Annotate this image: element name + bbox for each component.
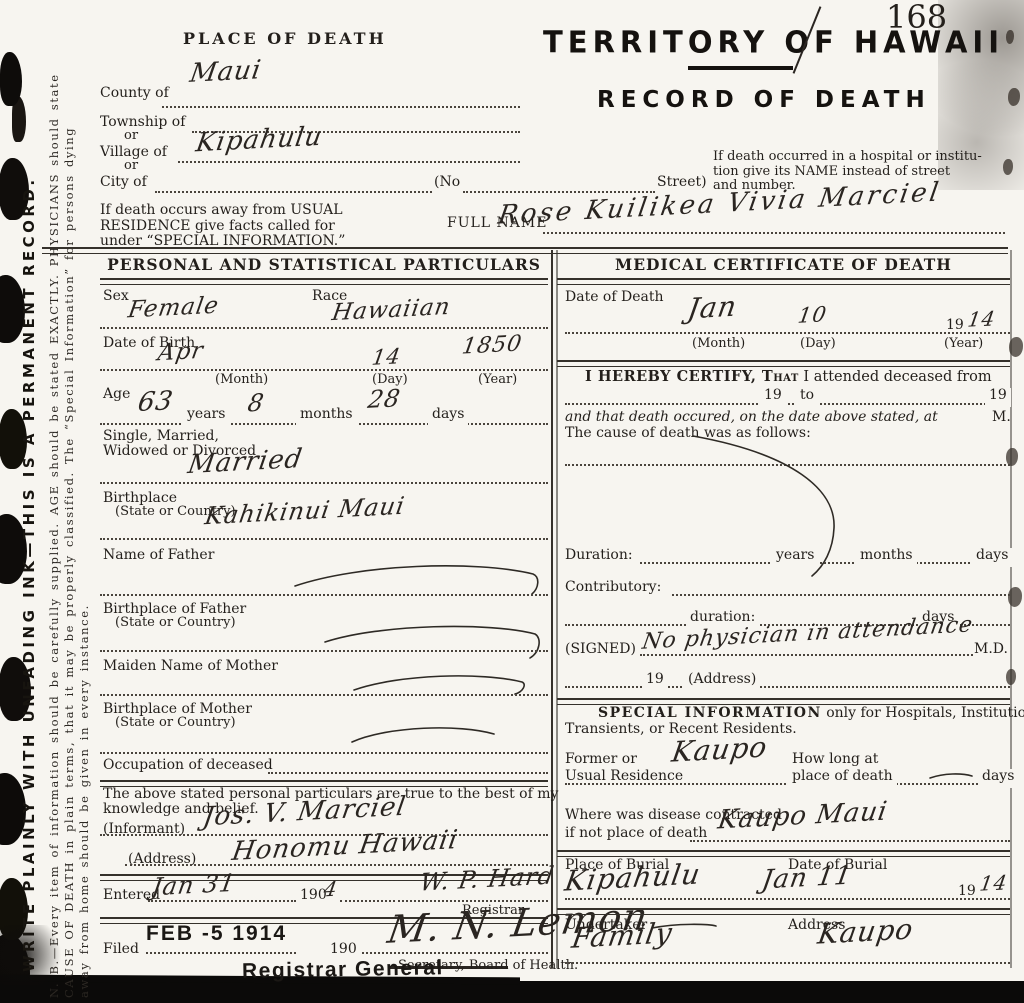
from-year-printed: 19 — [760, 388, 786, 407]
dotted-line — [100, 694, 548, 696]
place-of-death-title: PLACE OF DEATH — [183, 30, 387, 48]
dotted-line — [100, 327, 548, 329]
entered-date-handwriting: Jan 31 — [150, 870, 238, 902]
certify-lead: I HEREBY CERTIFY, That — [585, 368, 799, 385]
flourish-dash — [928, 770, 976, 782]
hospital-note-line: If death occurred in a hospital or insti… — [713, 150, 982, 165]
township-label: Township of — [100, 115, 185, 131]
or-label: or — [124, 159, 138, 174]
dotted-line — [640, 654, 973, 656]
disease-contracted-label-2: if not place of death — [565, 826, 707, 842]
flourish-line — [348, 714, 503, 754]
dotted-line — [565, 962, 1010, 964]
personal-section-title: PERSONAL AND STATISTICAL PARTICULARS — [100, 256, 548, 273]
to-label: to — [796, 388, 818, 407]
date-of-burial-handwriting: Jan 11 — [760, 862, 855, 896]
dotted-line — [100, 538, 548, 540]
how-long-days-unit: days — [978, 769, 1018, 788]
how-long-label-2: place of death — [788, 769, 897, 788]
death-certificate-document: WRITE PLAINLY WITH UNFADING INK—THIS IS … — [0, 0, 1024, 1003]
md-label: M.D. — [974, 642, 1008, 658]
month-sublabel: (Month) — [692, 337, 745, 352]
record-of-death-title: RECORD OF DEATH — [597, 88, 931, 114]
how-long-label-1: How long at — [792, 752, 878, 768]
year-sublabel: (Year) — [478, 373, 517, 388]
territory-title: TERRITORY OF HAWAII — [543, 25, 1004, 59]
column-divider — [551, 250, 553, 968]
city-label: City of — [100, 175, 147, 191]
burial-year-handwriting: 14 — [978, 871, 1009, 895]
dotted-line — [565, 403, 1010, 405]
usual-residence-note: If death occurs away from USUAL RESIDENC… — [100, 203, 345, 250]
special-information-rest: only for Hospitals, Institutions, — [822, 705, 1024, 721]
dotted-line — [155, 191, 432, 193]
signed-label: (SIGNED) — [565, 642, 636, 658]
birth-year-handwriting: 1850 — [460, 332, 524, 360]
death-day-handwriting: 10 — [796, 303, 828, 328]
section-divider — [557, 278, 1010, 285]
medical-section-title: MEDICAL CERTIFICATE OF DEATH — [557, 256, 1010, 273]
column-divider — [556, 250, 558, 968]
flourish-line — [290, 556, 548, 598]
dotted-line — [146, 952, 296, 954]
age-years-handwriting: 63 — [136, 387, 176, 418]
dotted-line — [100, 650, 548, 652]
dotted-line — [148, 900, 296, 902]
birth-month-handwriting: Apr — [156, 339, 205, 367]
marital-status-handwriting: Married — [186, 445, 305, 480]
section-divider — [557, 850, 1010, 857]
birthplace-handwriting: Kahikinui Maui — [203, 493, 407, 531]
former-residence-label-1: Former or — [565, 752, 637, 768]
mother-birthplace-sublabel: (State or Country) — [115, 716, 236, 731]
death-month-handwriting: Jan — [686, 291, 740, 325]
dotted-line — [100, 594, 548, 596]
informant-address-handwriting: Honomu Hawaii — [230, 826, 460, 867]
contributory-label: Contributory: — [565, 580, 661, 596]
filed-label: Filed — [103, 942, 139, 958]
month-sublabel: (Month) — [215, 373, 268, 388]
father-name-label: Name of Father — [103, 548, 214, 564]
torn-edge-ink-blotches — [0, 52, 22, 106]
margin-warning-text: WRITE PLAINLY WITH UNFADING INK—THIS IS … — [20, 176, 38, 972]
village-value-handwriting: Kipahulu — [194, 123, 325, 159]
dotted-line — [362, 952, 548, 954]
dotted-line — [672, 594, 1010, 596]
right-edge-rule — [1010, 250, 1012, 968]
special-information-lead: SPECIAL INFORMATION — [598, 705, 822, 721]
or-label: or — [124, 129, 138, 144]
section-divider — [557, 360, 1010, 367]
duration-years-unit: years — [772, 548, 818, 567]
sex-value-handwriting: Female — [126, 293, 221, 324]
undertaker-handwriting: Family — [570, 917, 675, 954]
section-divider — [557, 698, 1010, 705]
duration-days-unit: days — [972, 548, 1012, 567]
special-information-heading: SPECIAL INFORMATION only for Hospitals, … — [598, 706, 1024, 722]
street-label: Street) — [657, 175, 707, 191]
year-sublabel: (Year) — [944, 337, 983, 352]
dotted-line — [565, 898, 1010, 900]
section-divider — [557, 908, 1010, 915]
county-value-handwriting: Maui — [188, 56, 264, 89]
meridiem-label: M. — [992, 410, 1011, 426]
age-months-handwriting: 8 — [246, 389, 267, 417]
certify-rest: I attended deceased from — [799, 369, 992, 385]
duration-label: Duration: — [565, 548, 633, 564]
registrar-general-stamp: Registrar General — [242, 956, 444, 983]
age-label: Age — [103, 387, 130, 403]
flourish-line — [320, 612, 548, 662]
dotted-line — [565, 686, 1010, 688]
father-birthplace-sublabel: (State or Country) — [115, 616, 236, 631]
margin-note-line-1: N. B.—Every item of information should b… — [47, 73, 61, 998]
days-unit-label: days — [428, 407, 468, 426]
certify-statement: I HEREBY CERTIFY, That I attended deceas… — [585, 369, 992, 385]
death-year-handwriting: 14 — [966, 307, 997, 331]
registrar-signature-handwriting: W. P. Hard — [418, 862, 556, 896]
section-divider — [42, 247, 1008, 254]
to-year-printed: 19 — [985, 388, 1011, 407]
dotted-line — [690, 840, 1010, 842]
dotted-line — [100, 752, 548, 754]
place-of-burial-handwriting: Kipahulu — [563, 858, 703, 897]
dotted-line — [565, 332, 1010, 334]
street-number-open-label: (No — [434, 175, 460, 191]
former-residence-label-2: Usual Residence — [565, 769, 686, 789]
usual-residence-note-line: If death occurs away from USUAL — [100, 203, 345, 219]
margin-note-line-3: away from home should be given in every … — [77, 604, 91, 998]
birth-day-handwriting: 14 — [370, 345, 402, 370]
dotted-line — [100, 369, 548, 371]
signed-year-printed: 19 — [642, 672, 668, 691]
dotted-line — [463, 191, 655, 193]
signed-address-label: (Address) — [684, 672, 760, 691]
occupation-label: Occupation of deceased — [103, 758, 273, 774]
date-of-death-label: Date of Death — [565, 290, 664, 306]
section-divider — [100, 278, 548, 285]
territory-underline — [688, 66, 793, 70]
former-residence-handwriting: Kaupo — [670, 731, 770, 768]
dotted-line — [543, 232, 1005, 234]
margin-note-line-2: CAUSE OF DEATH in plain terms, that it m… — [62, 127, 76, 998]
dotted-line — [100, 482, 548, 484]
day-sublabel: (Day) — [800, 337, 836, 352]
years-unit-label: years — [183, 407, 229, 426]
dotted-line — [640, 562, 1010, 564]
death-occurred-text: and that death occured, on the date abov… — [565, 410, 938, 426]
entered-year-handwriting: 4 — [322, 878, 339, 901]
mother-name-label: Maiden Name of Mother — [103, 659, 278, 675]
county-label: County of — [100, 86, 169, 102]
dotted-line — [268, 772, 548, 774]
sex-label: Sex — [103, 289, 129, 305]
filed-date-stamp: FEB -5 1914 — [146, 922, 287, 946]
months-unit-label: months — [296, 407, 357, 426]
usual-residence-note-line: RESIDENCE give facts called for — [100, 219, 345, 235]
duration-months-unit: months — [856, 548, 917, 567]
dotted-line — [178, 161, 520, 163]
dotted-line — [162, 106, 520, 108]
filed-year-printed: 190 — [330, 942, 357, 958]
dotted-line — [340, 900, 395, 902]
disease-contracted-handwriting: Kaupo Maui — [716, 797, 890, 835]
undertaker-address-handwriting: Kaupo — [816, 913, 916, 950]
race-value-handwriting: Hawaiian — [330, 295, 452, 327]
age-days-handwriting: 28 — [366, 385, 403, 414]
